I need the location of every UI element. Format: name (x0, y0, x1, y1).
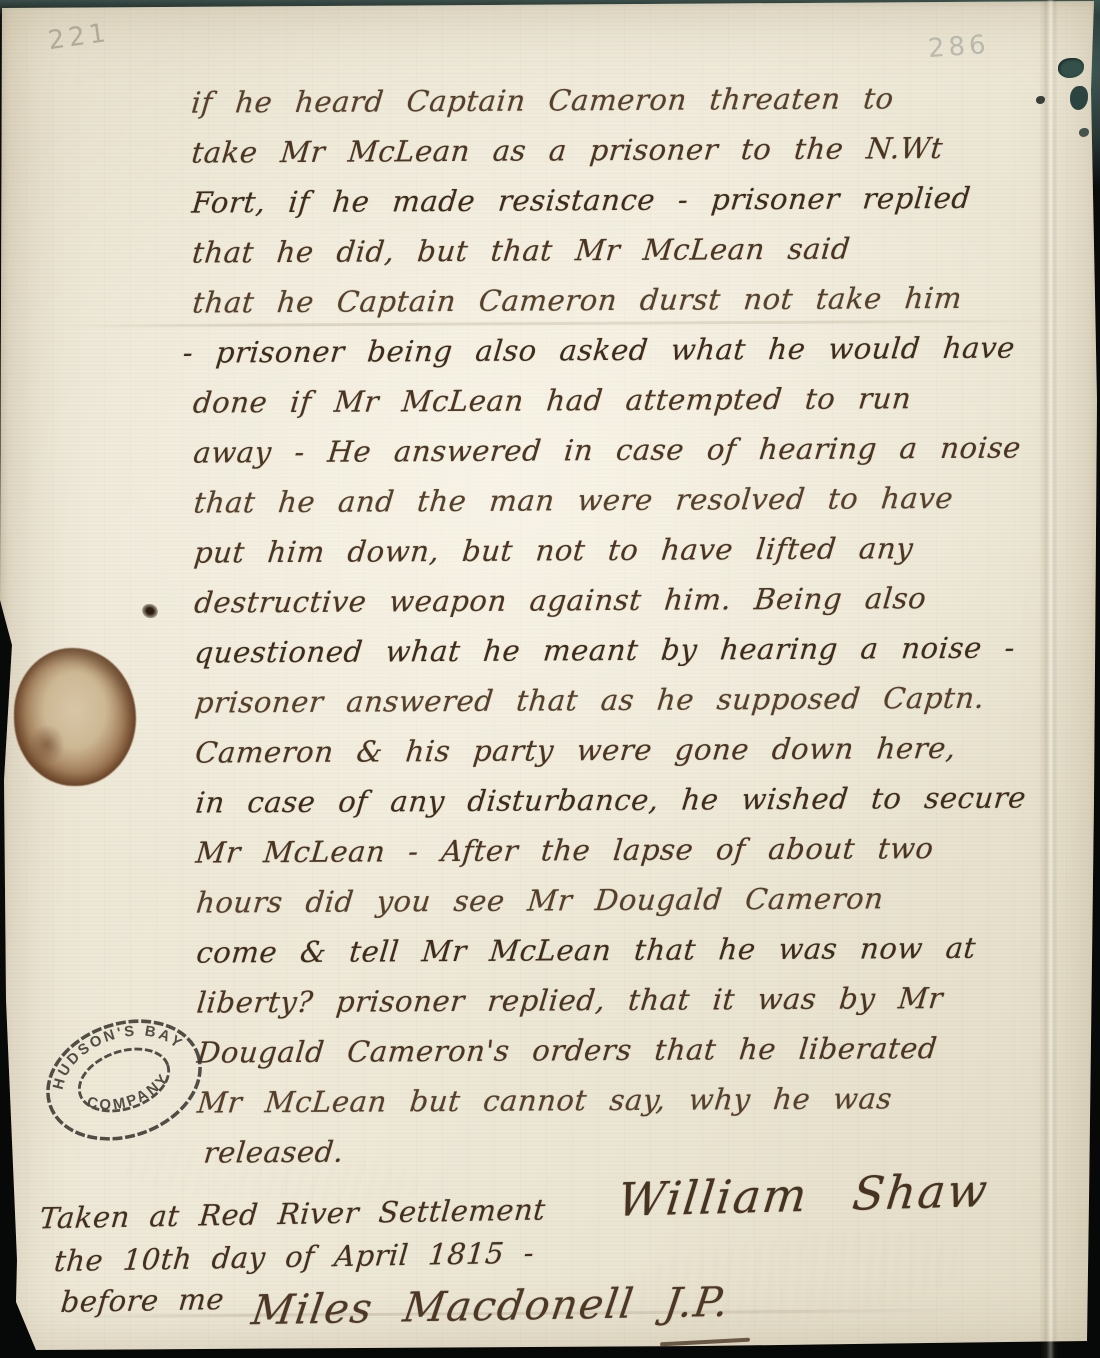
manuscript-line: destructive weapon against him. Being al… (192, 572, 1057, 627)
manuscript-line: Dougald Cameron's orders that he liberat… (195, 1022, 1060, 1077)
stamp-text-bottom: COMPANY (81, 1067, 178, 1124)
manuscript-line: that he and the man were resolved to hav… (191, 472, 1056, 527)
manuscript-line: that he Captain Cameron durst not take h… (190, 272, 1055, 327)
manuscript-body: if he heard Captain Cameron threaten to … (189, 72, 1056, 1177)
manuscript-line: prisoner answered that as he supposed Ca… (193, 672, 1058, 727)
manuscript-line: put him down, but not to have lifted any (192, 522, 1057, 577)
manuscript-line: come & tell Mr McLean that he was now at (194, 922, 1059, 977)
manuscript-line: questioned what he meant by hearing a no… (192, 622, 1057, 677)
manuscript-line: in case of any disturbance, he wished to… (193, 772, 1058, 827)
manuscript-line: take Mr McLean as a prisoner to the N.Wt (189, 122, 1054, 177)
scanned-document-page: { "folio": { "left_number": "221", "righ… (0, 0, 1100, 1358)
manuscript-line: that he did, but that Mr McLean said (190, 222, 1055, 277)
manuscript-line: Fort, if he made resistance - prisoner r… (190, 172, 1055, 227)
signature-william-shaw: William Shaw (615, 1163, 992, 1227)
manuscript-line: Cameron & his party were gone down here, (193, 722, 1058, 777)
wax-seal-stain (14, 648, 136, 786)
manuscript-line: hours did you see Mr Dougald Cameron (194, 872, 1059, 927)
manuscript-line: Mr McLean but cannot say, why he was (195, 1072, 1060, 1127)
manuscript-line: liberty? prisoner replied, that it was b… (194, 972, 1059, 1027)
manuscript-line: if he heard Captain Cameron threaten to (189, 72, 1054, 127)
signature-miles-macdonell: Miles Macdonell J.P. (249, 1278, 733, 1334)
manuscript-line: - prisoner being also asked what he woul… (180, 322, 1055, 377)
manuscript-line: done if Mr McLean had attempted to run (191, 372, 1056, 427)
manuscript-line: away - He answered in case of hearing a … (191, 422, 1056, 477)
manuscript-line: Mr McLean - After the lapse of about two (194, 822, 1059, 877)
folio-number-right: 286 (927, 30, 991, 64)
